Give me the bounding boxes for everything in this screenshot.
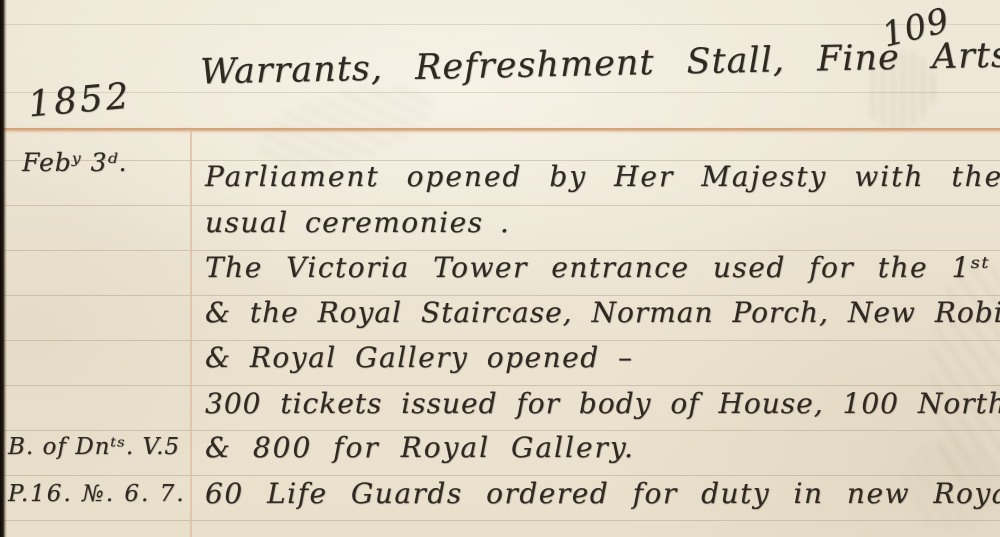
margin-note-reference: P.16. №. 6. 7. [8,481,186,507]
margin-note-reference: B. of Dnᵗˢ. V.5 [8,434,180,460]
entry-line: Parliament opened by Her Majesty with th… [205,160,1000,193]
entry-line: & 800 for Royal Gallery. [205,431,635,464]
margin-note-date: Febʸ 3ᵈ. [22,148,127,177]
entry-line: 60 Life Guards ordered for duty in new R… [205,477,1000,510]
entry-line: 300 tickets issued for body of House, 10… [205,387,1000,420]
entry-line: & Royal Gallery opened – [205,341,634,374]
page-title: Warrants, Refreshment Stall, Fine Arts [200,36,1000,93]
header-rule [0,128,1000,131]
ink-showthrough-smudge [930,260,1000,490]
entry-line: The Victoria Tower entrance used for the… [205,251,1000,284]
margin-column-divider [190,131,192,537]
ledger-page-scan: 109 1852 Warrants, Refreshment Stall, Fi… [0,0,1000,537]
faint-ruled-line [0,24,1000,25]
year-label: 1852 [26,76,133,126]
entry-line: usual ceremonies . [205,206,510,239]
entry-line: & the Royal Staircase, Norman Porch, New… [205,296,1000,329]
binding-edge [0,0,7,537]
faint-ruled-line [0,92,1000,93]
